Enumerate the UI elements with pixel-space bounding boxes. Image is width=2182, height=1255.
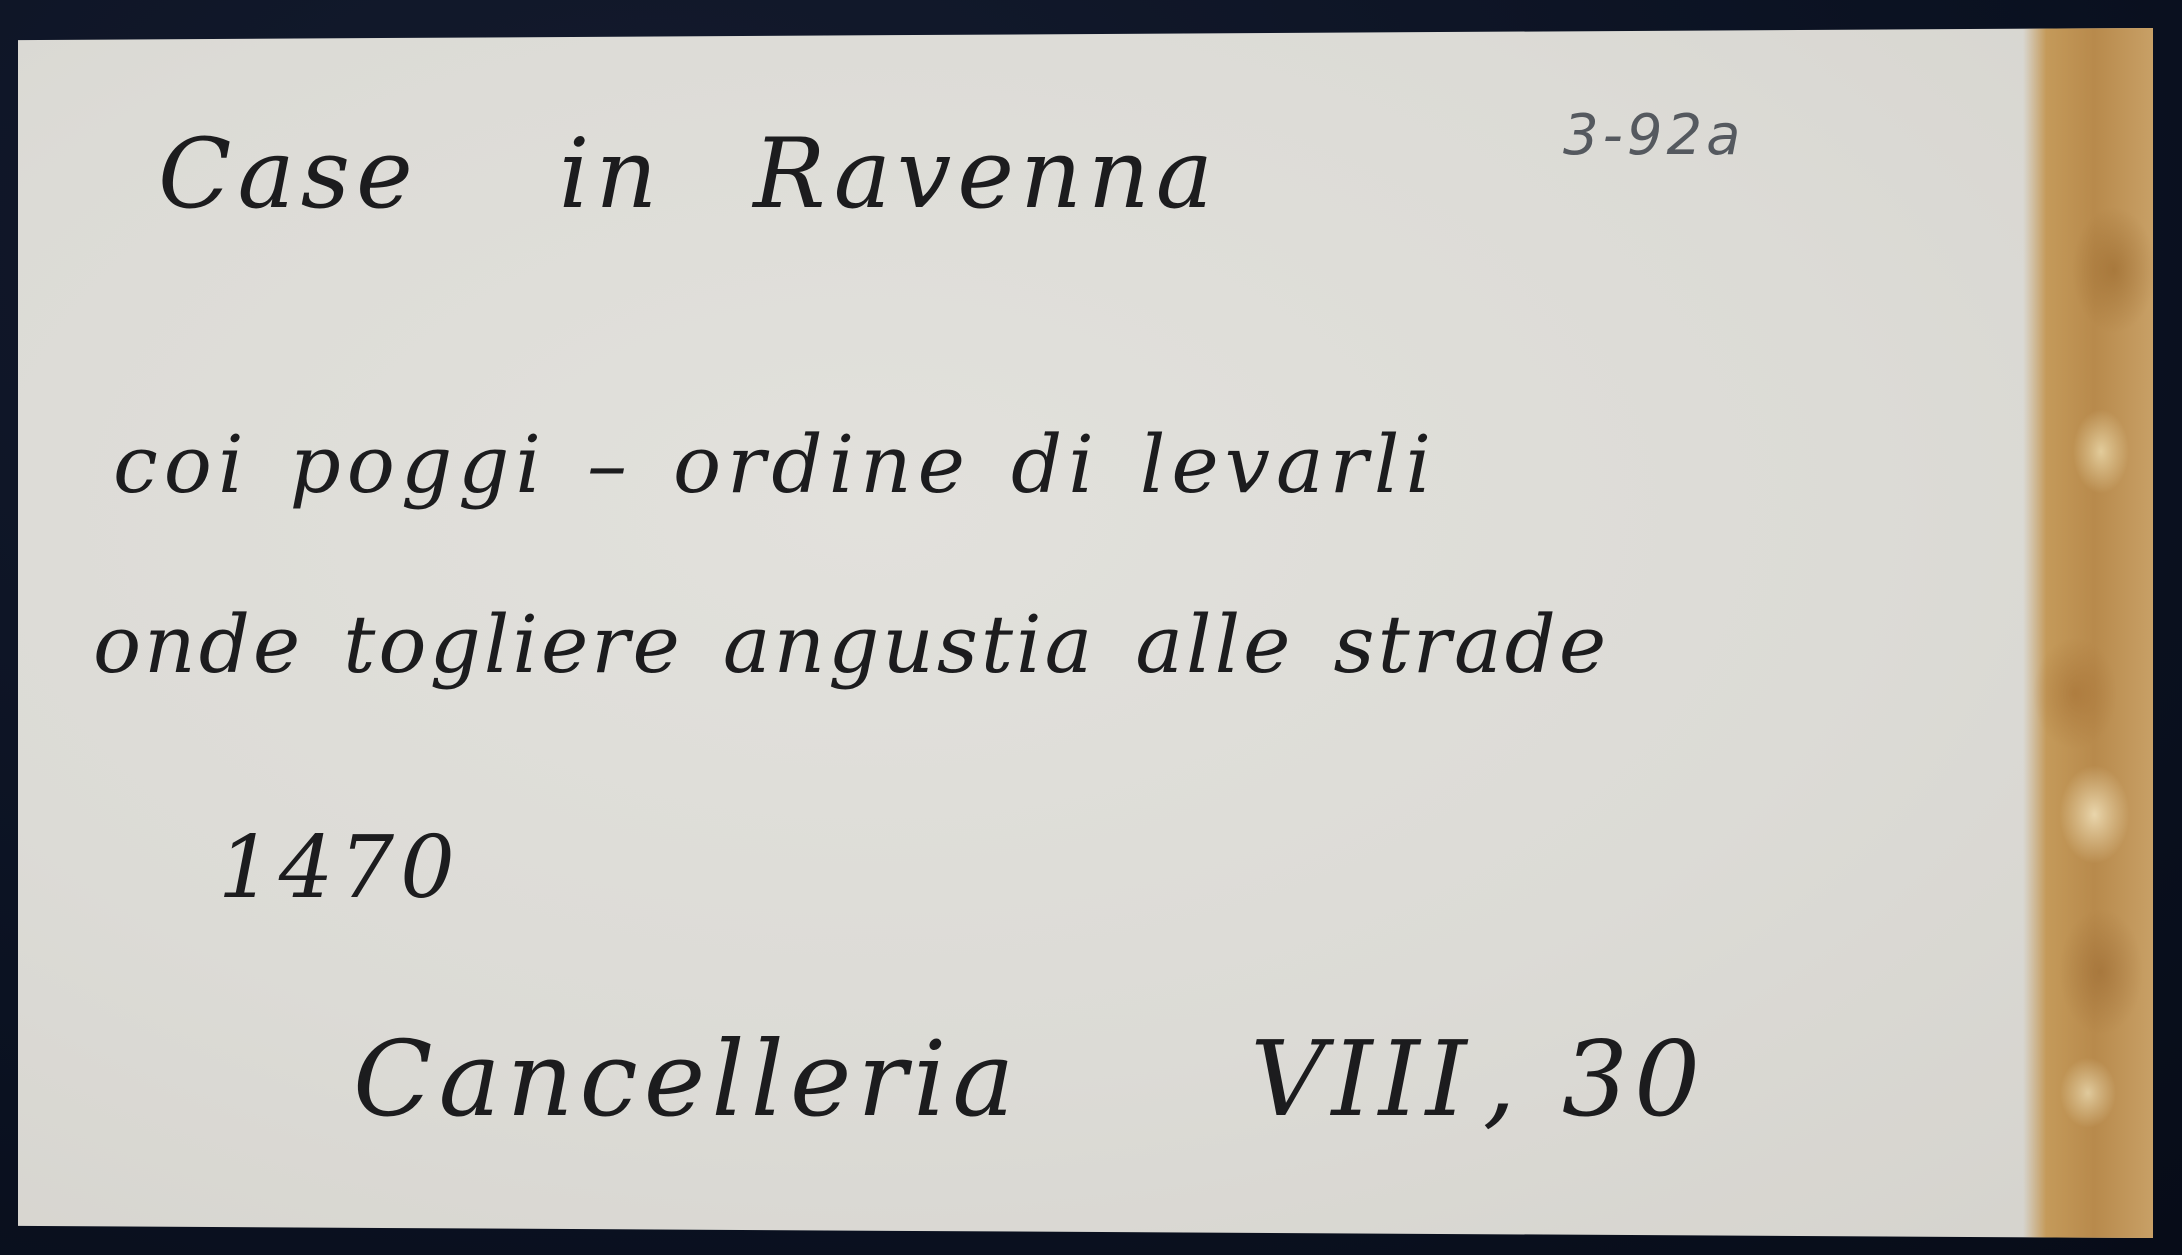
word: togliere (343, 598, 683, 691)
word: Ravenna (753, 118, 1219, 230)
year: 1470 (218, 818, 461, 918)
title-line: CaseinRavenna (158, 118, 1219, 230)
year-line: 1470 (218, 818, 461, 918)
word: VIII (1250, 1018, 1472, 1140)
source-line: CancelleriaVIII,30 (353, 1018, 1706, 1140)
word: , (1483, 1018, 1522, 1140)
word: Cancelleria (353, 1018, 1020, 1140)
word: alle (1135, 598, 1293, 691)
word: coi (113, 418, 250, 511)
word: poggi (290, 418, 547, 511)
word: Case (158, 118, 419, 230)
word: levarli (1140, 418, 1437, 511)
word: 30 (1562, 1018, 1706, 1140)
word: strade (1334, 598, 1610, 691)
body-line-2: ondetogliereangustiaallestrade (93, 598, 1609, 691)
word: ordine (673, 418, 971, 511)
word: in (559, 118, 664, 230)
index-card: 3-92a CaseinRavenna coipoggi–ordinedilev… (18, 28, 2153, 1238)
reference-mark-text: 3-92a (1563, 103, 1744, 168)
reference-mark: 3-92a (1563, 103, 1744, 168)
word: di (1011, 418, 1100, 511)
stained-right-edge (2023, 28, 2153, 1238)
body-line-1: coipoggi–ordinedilevarli (113, 418, 1437, 511)
word: – (587, 418, 633, 511)
word: angustia (723, 598, 1095, 691)
word: onde (93, 598, 303, 691)
